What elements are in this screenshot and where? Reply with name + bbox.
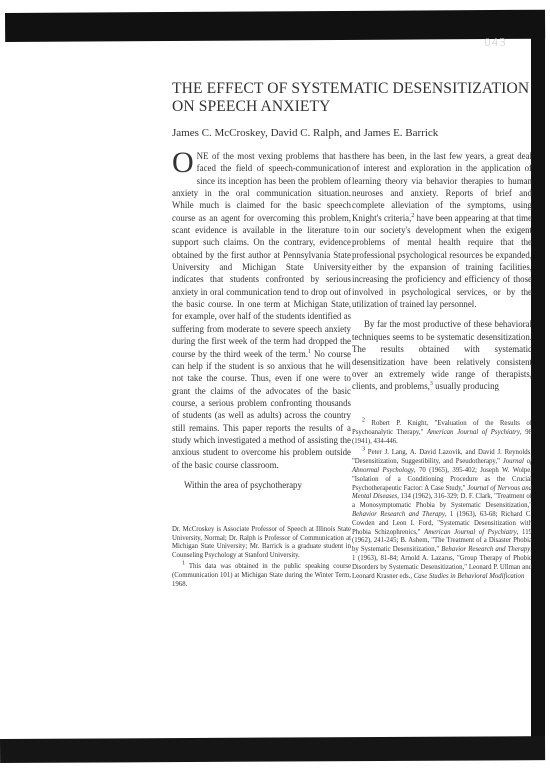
- body-column-left: ONE of the most vexing problems that has…: [172, 150, 351, 491]
- title-line-2: ON SPEECH ANXIETY: [172, 98, 331, 115]
- scan-border-top: [5, 10, 545, 42]
- body-column-right: there has been, in the last few years, a…: [352, 150, 532, 393]
- article-authors: James C. McCroskey, David C. Ralph, and …: [172, 127, 438, 139]
- drop-cap: O: [172, 151, 194, 175]
- article-title: THE EFFECT OF SYSTEMATIC DESENSITIZATION…: [172, 80, 532, 116]
- title-line-1: THE EFFECT OF SYSTEMATIC DESENSITIZATION: [172, 80, 529, 97]
- scan-border-bottom: [0, 736, 545, 763]
- footnote-1: 1 This data was obtained in the public s…: [172, 563, 351, 589]
- paragraph-psychotherapy: Within the area of psychotherapy: [172, 479, 351, 491]
- author-affiliation-note: Dr. McCroskey is Associate Professor of …: [172, 526, 351, 560]
- footnotes-right: 2 Robert P. Knight, "Evaluation of the R…: [352, 420, 532, 581]
- footnote-2: 2 Robert P. Knight, "Evaluation of the R…: [352, 420, 532, 446]
- footnotes-left: Dr. McCroskey is Associate Professor of …: [172, 526, 351, 589]
- handwritten-page-number: 043: [484, 36, 507, 49]
- scan-border-right: [531, 26, 545, 746]
- paragraph-behavior-therapy: there has been, in the last few years, a…: [352, 150, 532, 310]
- paragraph-systematic-desensitization: By far the most productive of these beha…: [352, 318, 532, 392]
- footnote-3: 3 Peter J. Lang, A. David Lazovik, and D…: [352, 449, 532, 581]
- paragraph-intro: ONE of the most vexing problems that has…: [172, 150, 351, 471]
